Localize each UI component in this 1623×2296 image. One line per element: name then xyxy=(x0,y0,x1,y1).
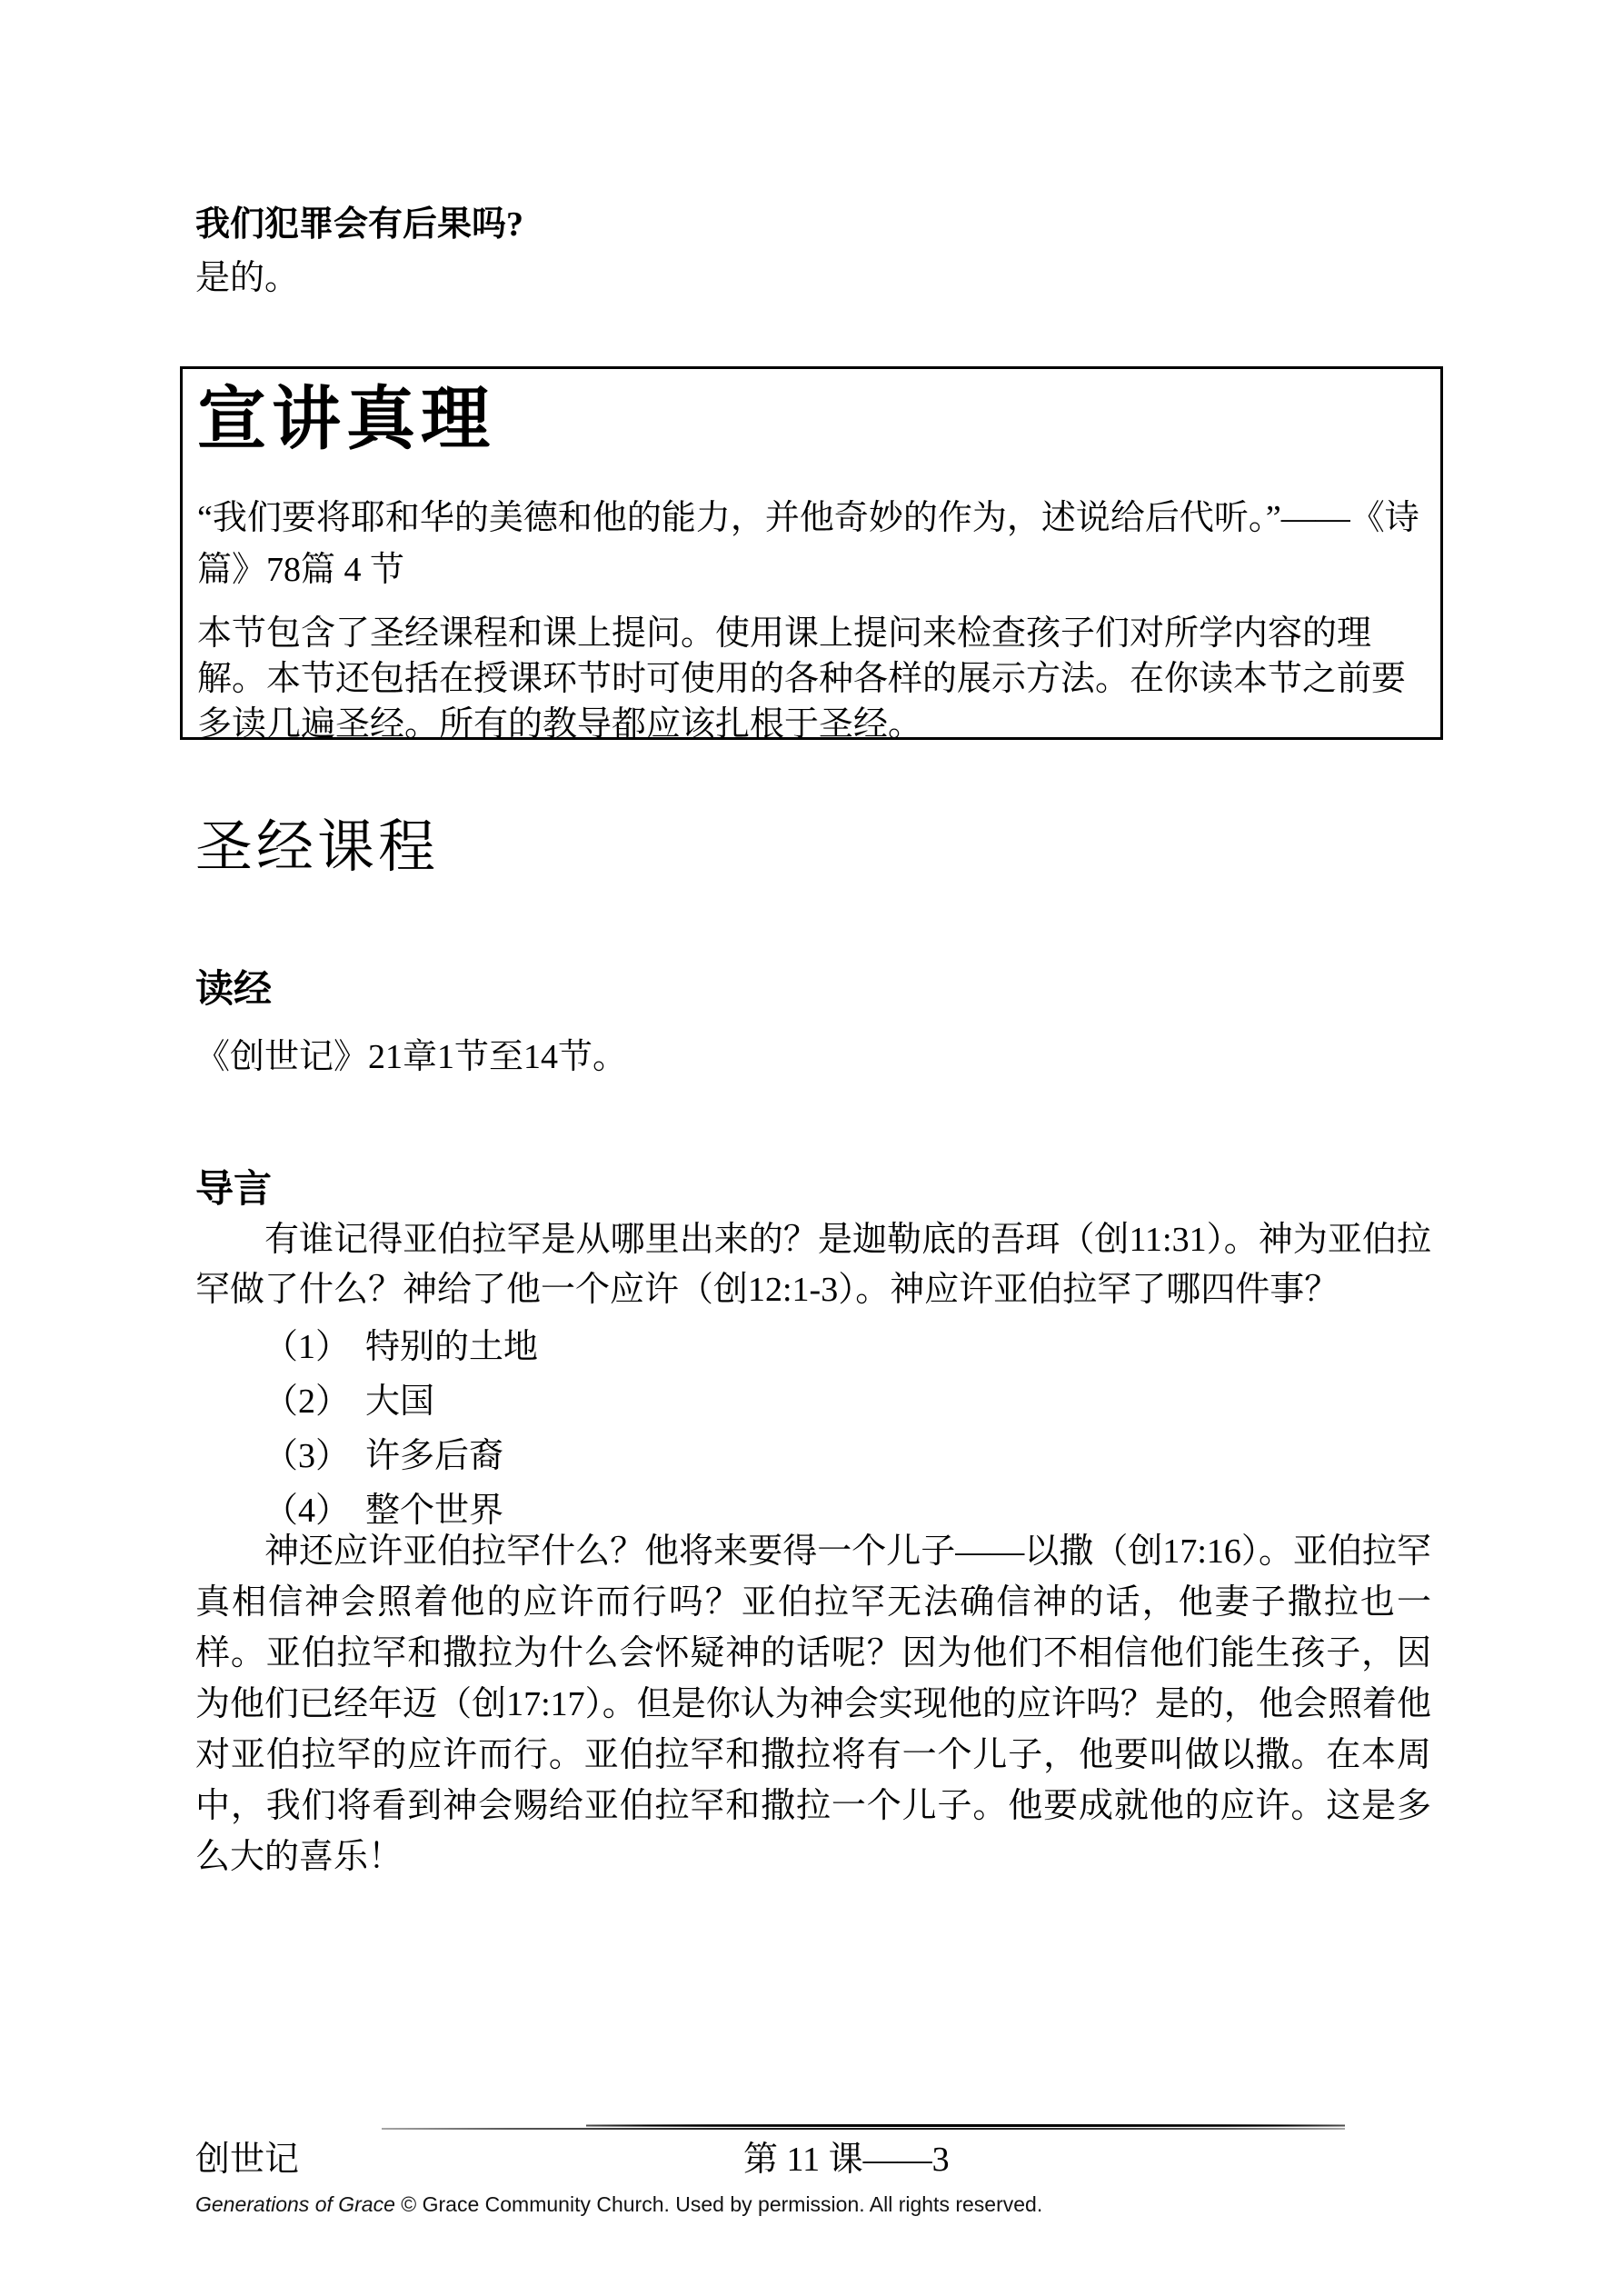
list-item-text: 特别的土地 xyxy=(365,1320,1354,1374)
truth-box-quote: “我们要将耶和华的美德和他的能力，并他奇妙的作为，述说给后代听。”——《诗篇》7… xyxy=(197,493,1424,596)
lesson-heading: 圣经课程 xyxy=(195,812,1431,883)
list-item-label: （2） xyxy=(264,1374,365,1429)
intro-paragraph-1: 有谁记得亚伯拉罕是从哪里出来的？是迦勒底的吾珥（创11:31）。神为亚伯拉罕做了… xyxy=(195,1215,1431,1315)
list-item: （1） 特别的土地 xyxy=(264,1320,1354,1374)
reading-heading: 读经 xyxy=(195,967,1431,1013)
footer-book-title: 创世记 xyxy=(195,2138,299,2181)
document-page: 我们犯罪会有后果吗? 是的。 宣讲真理 “我们要将耶和华的美德和他的能力，并他奇… xyxy=(0,0,1623,2296)
list-item-label: （3） xyxy=(264,1429,365,1483)
truth-box: 宣讲真理 “我们要将耶和华的美德和他的能力，并他奇妙的作为，述说给后代听。”——… xyxy=(180,366,1443,740)
list-item: （3） 许多后裔 xyxy=(264,1429,1354,1483)
qa-answer: 是的。 xyxy=(195,255,1431,301)
footer-divider-lower-strand xyxy=(382,2128,1345,2130)
footer-copyright: Generations of Grace © Grace Community C… xyxy=(195,2191,1377,2218)
list-item-label: （1） xyxy=(264,1320,365,1374)
truth-box-body: 本节包含了圣经课程和课上提问。使用课上提问来检查孩子们对所学内容的理解。本节还包… xyxy=(197,611,1424,747)
intro-paragraph-2: 神还应许亚伯拉罕什么？他将来要得一个儿子——以撒（创17:16）。亚伯拉罕真相信… xyxy=(195,1526,1431,1882)
footer-divider xyxy=(0,2124,1623,2131)
list-item-text: 大国 xyxy=(365,1374,1354,1429)
intro-heading: 导言 xyxy=(195,1167,1431,1213)
truth-box-title: 宣讲真理 xyxy=(197,382,1424,458)
footer-divider-upper-strand xyxy=(586,2124,1345,2127)
footer-copyright-series-title: Generations of Grace xyxy=(195,2192,395,2216)
qa-question: 我们犯罪会有后果吗? xyxy=(195,202,1431,247)
list-item: （2） 大国 xyxy=(264,1374,1354,1429)
list-item-text: 许多后裔 xyxy=(365,1429,1354,1483)
footer-copyright-text: © Grace Community Church. Used by permis… xyxy=(395,2192,1042,2216)
reading-text: 《创世记》21章1节至14节。 xyxy=(195,1033,1431,1081)
footer-page-number: 第 11 课——3 xyxy=(743,2138,950,2181)
promise-list: （1） 特别的土地 （2） 大国 （3） 许多后裔 （4） 整个世界 xyxy=(264,1320,1354,1538)
